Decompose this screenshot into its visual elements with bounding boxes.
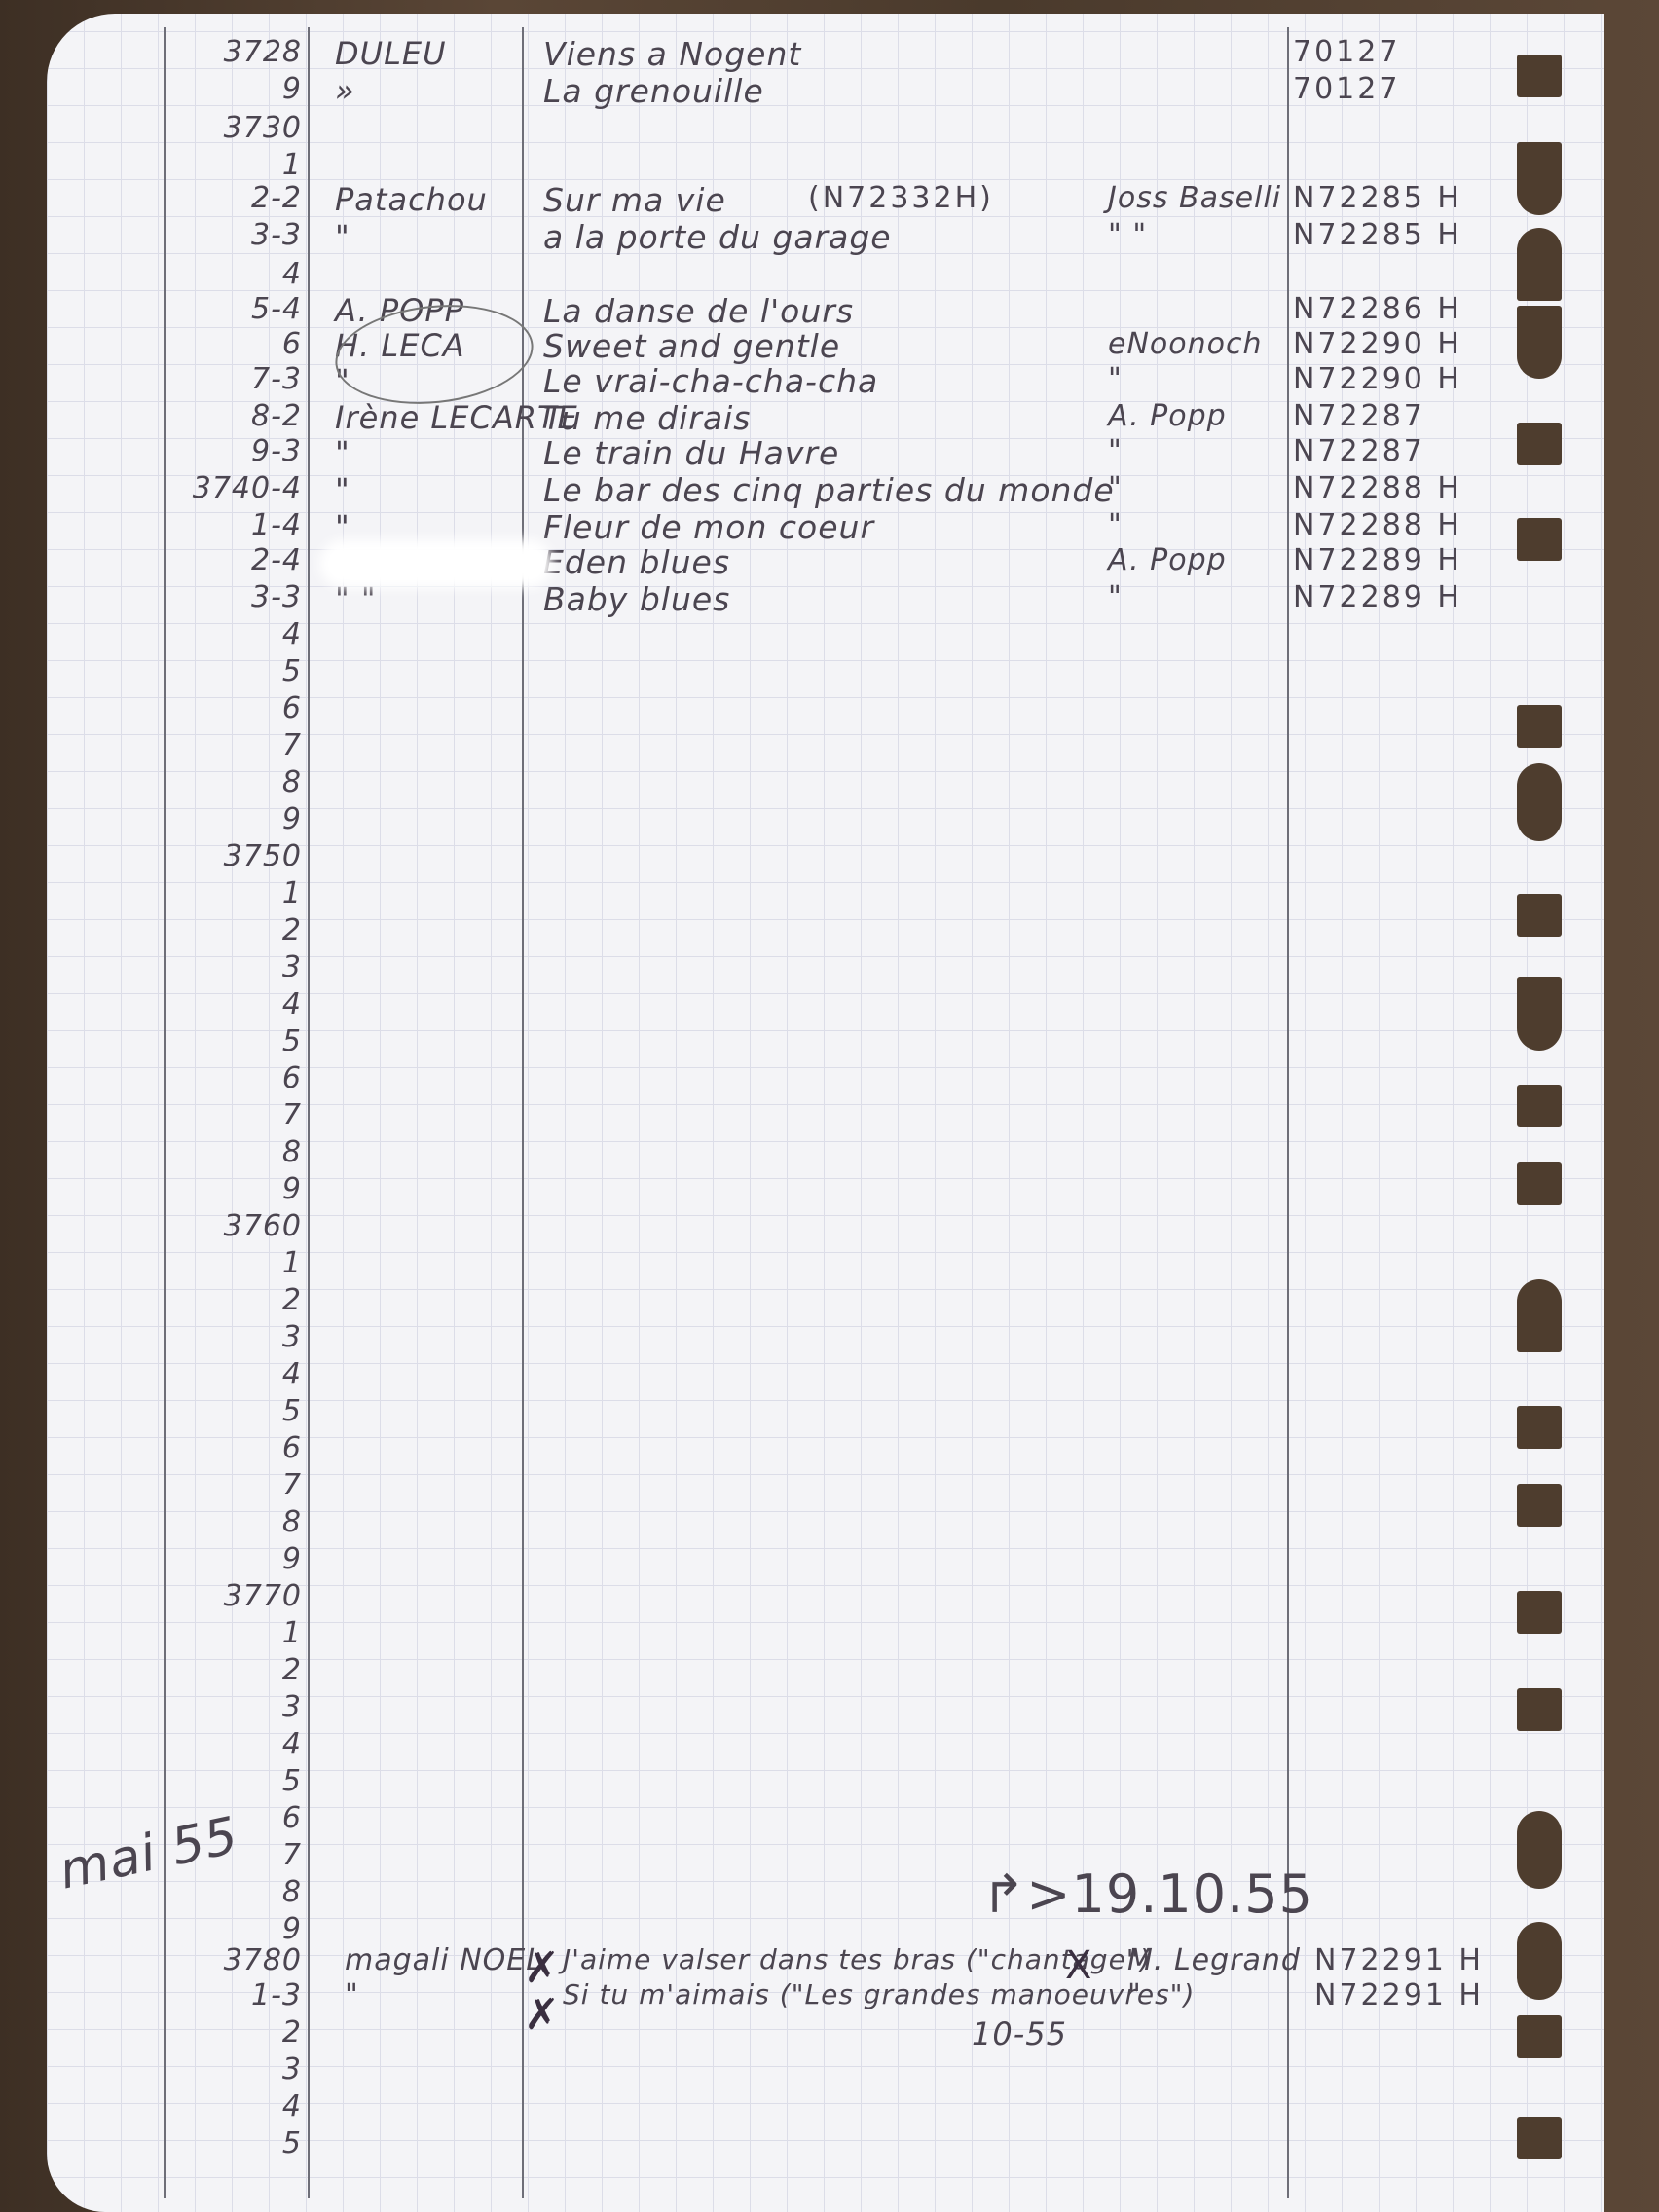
- artist-name: magali NOEL: [345, 1943, 543, 1977]
- catalog-number: 2: [156, 1653, 302, 1687]
- catalog-number: 6: [156, 327, 302, 361]
- binder-hole: [1517, 1406, 1562, 1449]
- catalog-number: 2-4: [156, 543, 302, 577]
- artist-name: »: [335, 72, 355, 109]
- song-title: Viens a Nogent: [543, 35, 801, 73]
- catalog-number: 3-3: [156, 580, 302, 614]
- binder-hole: [1517, 894, 1562, 937]
- cross-mark: ✗: [524, 1990, 560, 2040]
- song-title: Sur ma vie: [543, 181, 726, 219]
- catalog-number: 9: [156, 1912, 302, 1946]
- artist-name: DULEU: [335, 35, 447, 72]
- artist-name: ": [335, 218, 350, 255]
- reference-code: N72291 H: [1314, 1943, 1484, 1977]
- composer-name: A. Popp: [1108, 399, 1227, 433]
- catalog-number: 4: [156, 1357, 302, 1391]
- catalog-number: 3760: [156, 1209, 302, 1243]
- artist-name: Irène LECARTE: [335, 399, 578, 436]
- composer-name: eNoonoch: [1108, 327, 1262, 361]
- catalog-number: 4: [156, 2089, 302, 2123]
- catalog-number: 8: [156, 1505, 302, 1539]
- catalog-number: 5: [156, 1764, 302, 1798]
- binder-hole: [1517, 306, 1562, 379]
- composer-name: ": [1108, 471, 1123, 505]
- catalog-number: 3730: [156, 111, 302, 145]
- binder-hole: [1517, 1162, 1562, 1205]
- reference-code: 70127: [1293, 72, 1400, 106]
- binder-hole: [1517, 1811, 1562, 1889]
- catalog-number: 1-4: [156, 508, 302, 542]
- song-title: Le bar des cinq parties du monde: [543, 471, 1115, 509]
- binder-hole: [1517, 1279, 1562, 1352]
- catalog-number: 1-3: [156, 1978, 302, 2012]
- reference-code: N72290 H: [1293, 362, 1462, 396]
- catalog-number: 4: [156, 987, 302, 1021]
- binder-hole: [1517, 423, 1562, 465]
- catalog-number: 3780: [156, 1943, 302, 1977]
- artist-name: ": [345, 1978, 359, 2012]
- catalog-number: 5: [156, 2126, 302, 2160]
- note-ref: (N72332H): [808, 181, 994, 215]
- binder-hole: [1517, 518, 1562, 561]
- song-title: La danse de l'ours: [543, 292, 854, 330]
- catalog-number: 4: [156, 257, 302, 291]
- rule-number: [308, 27, 310, 2198]
- catalog-number: 1: [156, 148, 302, 182]
- binder-hole: [1517, 1922, 1562, 2000]
- song-title: Eden blues: [543, 543, 730, 581]
- binder-hole: [1517, 1484, 1562, 1527]
- binder-hole: [1517, 2117, 1562, 2159]
- reference-code: N72285 H: [1293, 218, 1462, 252]
- binder-hole: [1517, 2015, 1562, 2058]
- cross-mark: ✗: [524, 1943, 560, 1993]
- binder-hole: [1517, 1085, 1562, 1127]
- reference-code: N72291 H: [1314, 1978, 1484, 2012]
- catalog-number: 8-2: [156, 399, 302, 433]
- composer-name: A. Popp: [1108, 543, 1227, 577]
- catalog-number: 5: [156, 1394, 302, 1428]
- composer-name: M. Legrand: [1127, 1943, 1301, 1977]
- composer-name: ": [1127, 1978, 1142, 2012]
- reference-code: N72288 H: [1293, 471, 1462, 505]
- reference-code: N72290 H: [1293, 327, 1462, 361]
- ledger-page: 3728DULEUViens a Nogent701279»La grenoui…: [47, 14, 1604, 2212]
- song-title: Baby blues: [543, 580, 730, 618]
- reference-code: N72289 H: [1293, 543, 1462, 577]
- binder-hole: [1517, 142, 1562, 215]
- catalog-number: 3: [156, 2052, 302, 2086]
- catalog-number: 2: [156, 913, 302, 947]
- composer-name: ": [1108, 434, 1123, 468]
- catalog-number: 9: [156, 1542, 302, 1576]
- catalog-number: 4: [156, 1727, 302, 1761]
- catalog-number: 5: [156, 654, 302, 688]
- binder-hole: [1517, 228, 1562, 301]
- reference-code: N72285 H: [1293, 181, 1462, 215]
- artist-name: ": [335, 434, 350, 471]
- redacted-area: [319, 539, 553, 588]
- reference-code: N72288 H: [1293, 508, 1462, 542]
- date-arrow-annotation: ↱>19.10.55: [981, 1863, 1313, 1925]
- reference-code: N72286 H: [1293, 292, 1462, 326]
- binder-hole: [1517, 763, 1562, 841]
- binder-hole: [1517, 1591, 1562, 1634]
- catalog-number: 7: [156, 1468, 302, 1502]
- catalog-number: 3740-4: [156, 471, 302, 505]
- artist-name: ": [335, 471, 350, 508]
- reference-code: N72287: [1293, 399, 1425, 433]
- catalog-number: 3: [156, 1320, 302, 1354]
- catalog-number: 5-4: [156, 292, 302, 326]
- catalog-number: 9-3: [156, 434, 302, 468]
- catalog-number: 3: [156, 950, 302, 984]
- catalog-number: 2-2: [156, 181, 302, 215]
- binder-hole: [1517, 55, 1562, 97]
- song-title: Le vrai-cha-cha-cha: [543, 362, 878, 400]
- catalog-number: 2: [156, 1283, 302, 1317]
- song-title: La grenouille: [543, 72, 764, 110]
- song-title: Fleur de mon coeur: [543, 508, 874, 546]
- song-title: Sweet and gentle: [543, 327, 840, 365]
- catalog-number: 3-3: [156, 218, 302, 252]
- catalog-number: 3750: [156, 839, 302, 873]
- song-title: Le train du Havre: [543, 434, 839, 472]
- catalog-number: 7: [156, 728, 302, 762]
- catalog-number: 3: [156, 1690, 302, 1724]
- catalog-number: 6: [156, 1431, 302, 1465]
- catalog-number: 7-3: [156, 362, 302, 396]
- catalog-number: 8: [156, 765, 302, 799]
- song-title: Si tu m'aimais ("Les grandes manoeuvres"…: [563, 1978, 1195, 2010]
- catalog-number: 2: [156, 2015, 302, 2049]
- composer-name: ": [1108, 580, 1123, 614]
- catalog-number: 3728: [156, 35, 302, 69]
- composer-name: ": [1108, 362, 1123, 396]
- cross-mark: X: [1065, 1943, 1091, 1988]
- date-below-annotation: 10-55: [972, 2015, 1067, 2052]
- reference-code: N72289 H: [1293, 580, 1462, 614]
- catalog-number: 1: [156, 1616, 302, 1650]
- song-title: J'aime valser dans tes bras ("chantage"): [563, 1943, 1152, 1975]
- reference-code: 70127: [1293, 35, 1400, 69]
- composer-name: " ": [1108, 218, 1147, 252]
- catalog-number: 1: [156, 1246, 302, 1280]
- catalog-number: 9: [156, 1172, 302, 1206]
- song-title: a la porte du garage: [543, 218, 892, 256]
- catalog-number: 7: [156, 1098, 302, 1132]
- catalog-number: 8: [156, 1135, 302, 1169]
- catalog-number: 9: [156, 72, 302, 106]
- catalog-number: 6: [156, 691, 302, 725]
- catalog-number: 1: [156, 876, 302, 910]
- catalog-number: 3770: [156, 1579, 302, 1613]
- binder-hole: [1517, 977, 1562, 1051]
- catalog-number: 6: [156, 1061, 302, 1095]
- catalog-number: 8: [156, 1875, 302, 1909]
- binder-hole: [1517, 705, 1562, 748]
- composer-name: Joss Baselli: [1108, 181, 1281, 215]
- catalog-number: 5: [156, 1024, 302, 1058]
- artist-name: Patachou: [335, 181, 488, 218]
- binder-hole: [1517, 1688, 1562, 1731]
- catalog-number: 4: [156, 617, 302, 651]
- composer-name: ": [1108, 508, 1123, 542]
- reference-code: N72287: [1293, 434, 1425, 468]
- song-title: Tu me dirais: [543, 399, 751, 437]
- catalog-number: 9: [156, 802, 302, 836]
